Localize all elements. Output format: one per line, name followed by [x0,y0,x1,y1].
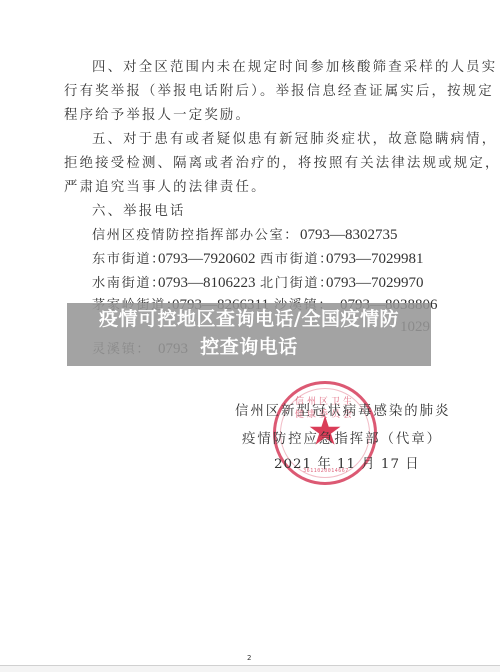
hotline-number: 0793—8106223 [158,275,256,291]
paragraph-four-line-2: 行有奖举报（举报电话附后）。举报信息经查证属实后，按规定 [64,84,494,100]
paragraph-five-line-1: 五、对于患有或者疑似患有新冠肺炎症状，故意隐瞒病情， [92,132,497,148]
paragraph-five-line-3: 严肃追究当事人的法律责任。 [64,180,267,196]
overlay-title: 疫情可控地区查询电话/全国疫情防 控查询电话 [67,305,431,361]
hotline-label: 西市街道： [260,252,334,268]
signature-org-line-1: 信州区新型冠状病毒感染的肺炎 [235,404,450,420]
hotline-label: 东市街道： [92,252,166,268]
hotline-number: 0793—7029970 [326,275,424,291]
hotline-label: 北门街道： [260,276,334,292]
hotline-number: 0793—7029981 [326,251,424,267]
paragraph-four-line-1: 四、对全区范围内未在规定时间参加核酸筛查采样的人员实 [92,60,497,76]
hotline-number: 0793—7920602 [158,251,256,267]
document-page: 四、对全区范围内未在规定时间参加核酸筛查采样的人员实 行有奖举报（举报电话附后）… [0,0,500,665]
hotline-number: 0793—8302735 [300,227,398,243]
signature-date: 2021 年 11 月 17 日 [274,457,420,473]
page-number: 2 [247,654,251,662]
signature-org-line-2: 疫情防控应急指挥部（代章） [242,432,442,448]
overlay-title-line-2: 控查询电话 [67,333,431,361]
page-bottom-strip [0,666,500,672]
section-six-heading: 六、举报电话 [92,204,186,220]
overlay-title-line-1: 疫情可控地区查询电话/全国疫情防 [67,305,431,333]
paragraph-five-line-2: 拒绝接受检测、隔离或者治疗的，将按照有关法律法规或规定， [64,156,500,172]
hotline-label: 信州区疫情防控指挥部办公室： [92,228,299,244]
hotline-label: 水南街道： [92,276,166,292]
paragraph-four-line-3: 程序给予举报人一定奖励。 [64,108,251,124]
